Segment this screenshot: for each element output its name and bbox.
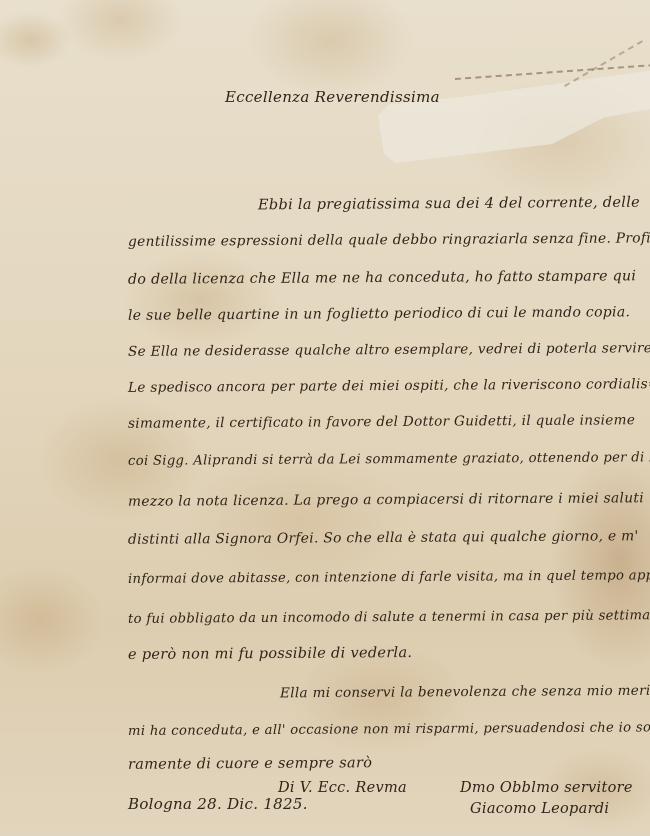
body-line: gentilissime espressioni della quale deb… — [128, 230, 650, 250]
closing-line: ramente di cuore e sempre sarò — [128, 755, 372, 773]
body-line: Se Ella ne desiderasse qualche altro ese… — [128, 340, 650, 360]
signature: Giacomo Leopardi — [470, 801, 609, 817]
body-line: Ebbi la pregiatissima sua dei 4 del corr… — [258, 195, 640, 214]
body-line: e però non mi fu possibile di vederla. — [128, 645, 412, 663]
body-line: mezzo la nota licenza. La prego a compia… — [128, 490, 644, 510]
body-line: coi Sigg. Aliprandi si terrà da Lei somm… — [128, 450, 650, 469]
closing-servitore: Dmo Obblmo servitore — [460, 780, 633, 796]
closing-line: Ella mi conservi la benevolenza che senz… — [280, 683, 650, 702]
closing-formula: Di V. Ecc. Revma — [278, 780, 407, 796]
body-line: to fui obbligato da un incomodo di salut… — [128, 608, 650, 627]
letter-body: Ebbi la pregiatissima sua dei 4 del corr… — [0, 0, 650, 836]
closing-line: mi ha conceduta, e all' occasione non mi… — [128, 720, 650, 739]
body-line: Le spedisco ancora per parte dei miei os… — [128, 376, 650, 396]
body-line: informai dove abitasse, con intenzione d… — [128, 568, 650, 587]
body-line: simamente, il certificato in favore del … — [128, 412, 635, 432]
body-line: distinti alla Signora Orfei. So che ella… — [128, 528, 639, 548]
letter-page: Eccellenza Reverendissima Ebbi la pregia… — [0, 0, 650, 836]
body-line: do della licenza che Ella me ne ha conce… — [128, 268, 636, 288]
body-line: le sue belle quartine in un foglietto pe… — [128, 304, 630, 324]
place-date: Bologna 28. Dic. 1825. — [128, 795, 308, 813]
